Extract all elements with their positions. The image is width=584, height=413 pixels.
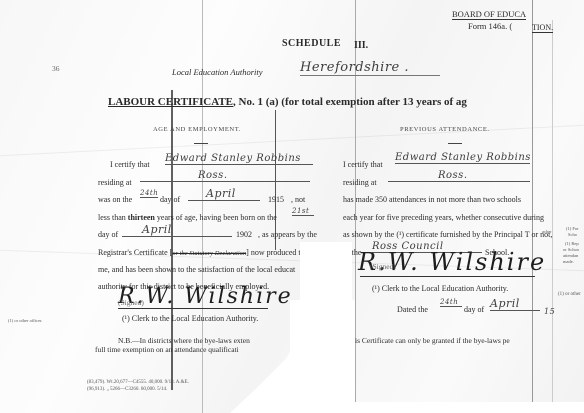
left-clerk-label: (¹) Clerk to the Local Education Authori…	[122, 314, 258, 323]
fold-line	[552, 20, 553, 413]
not-label: , not	[291, 195, 305, 204]
age-line: less than thirteen years of age, having …	[98, 213, 277, 222]
born-day-field: 21st	[292, 207, 314, 216]
born-year-field: 1902	[236, 230, 252, 239]
dated-day-field: 24th	[440, 298, 462, 307]
margin-note: or Schoo	[563, 247, 579, 252]
margin-note: (1) Rep	[565, 241, 579, 246]
as-shown-line: as shown by the (¹) certificate furnishe…	[343, 230, 552, 239]
residing-label: residing at	[98, 178, 132, 187]
residence-field: Ross.	[140, 170, 310, 182]
certify-label: I certify that	[343, 160, 383, 169]
right-heading: PREVIOUS ATTENDANCE.	[400, 126, 490, 133]
certificate-title-main: LABOUR CERTIFICATE	[108, 96, 233, 108]
margin-note: Scho	[568, 232, 577, 237]
month-field: April	[188, 187, 260, 201]
board-suffix: TION.	[532, 23, 553, 33]
margin-note: (1) or other	[558, 292, 581, 297]
left-heading: AGE AND EMPLOYMENT.	[153, 126, 241, 133]
schedule-label: SCHEDULE	[282, 38, 341, 49]
day-of-label: day of	[464, 305, 484, 314]
signed-label: (Signed)	[118, 298, 144, 307]
certificate-title: LABOUR CERTIFICATE, No. 1 (a) (for total…	[108, 96, 467, 108]
heading-rule	[194, 143, 208, 144]
day-of-label: day of	[160, 195, 180, 204]
year-field: 1915	[268, 195, 284, 204]
signature-rule	[360, 276, 535, 277]
registrar-line: Registrar's Certificate [or the Statutor…	[98, 248, 305, 257]
signed-label: (Signed)	[370, 262, 396, 271]
margin-note: (1) For	[566, 226, 579, 231]
schedule-number: III.	[354, 40, 368, 51]
printer-mark-2: (96,913). „ 5266—C3260. 60,000. 5/14.	[87, 387, 167, 392]
form-number: Form 146a. (	[468, 21, 512, 31]
certificate-title-rest: , No. 1 (a) (for total exemption after 1…	[233, 96, 467, 108]
day-field: 24th	[140, 189, 158, 198]
heading-rule	[448, 143, 462, 144]
board-of-education: BOARD OF EDUCA	[452, 9, 526, 20]
born-month-field: April	[122, 223, 232, 237]
margin-note: acher	[542, 229, 552, 234]
left-signature: R.W. Wilshire	[118, 284, 293, 309]
margin-note: made.	[563, 259, 574, 264]
name-field: Edward Stanley Robbins	[165, 153, 313, 165]
printer-mark-1: (83,479). Wt.20,677—C4555. 40,000. 9/13.…	[87, 380, 189, 385]
was-on-label: was on the	[98, 195, 132, 204]
right-residence-field: Ross.	[388, 170, 530, 182]
torn-area	[340, 402, 584, 413]
satisfaction-line: me, and has been shown to the satisfacti…	[98, 265, 295, 274]
margin-mark: 36	[52, 64, 60, 73]
certify-label: I certify that	[110, 160, 150, 169]
right-clerk-label: (¹) Clerk to the Local Education Authori…	[372, 284, 508, 293]
right-name-field: Edward Stanley Robbins	[395, 152, 530, 164]
dated-year-field: 15	[544, 307, 555, 316]
attendances-line: has made 350 attendances in not more tha…	[343, 195, 521, 204]
dated-label: Dated the	[397, 305, 428, 314]
nb-line-1b: is Certificate can only be granted if th…	[355, 336, 510, 345]
dated-month-field: April	[490, 297, 540, 311]
each-year-line: each year for five preceding years, whet…	[343, 213, 544, 222]
fold-line	[532, 0, 533, 413]
authority-label: Local Education Authority	[172, 67, 263, 77]
authority-value: Herefordshire .	[300, 60, 440, 76]
nb-line-1a: N.B.—In districts where the bye-laws ext…	[118, 336, 250, 345]
as-appears-label: , as appears by the	[258, 230, 317, 239]
residing-label: residing at	[343, 178, 377, 187]
left-margin-note: (1) or other officer.	[8, 318, 42, 323]
margin-note: attendan	[563, 253, 578, 258]
signature-rule	[118, 308, 268, 309]
day-of-label: day of	[98, 230, 118, 239]
nb-line-2: full time exemption on an attendance qua…	[95, 345, 239, 354]
